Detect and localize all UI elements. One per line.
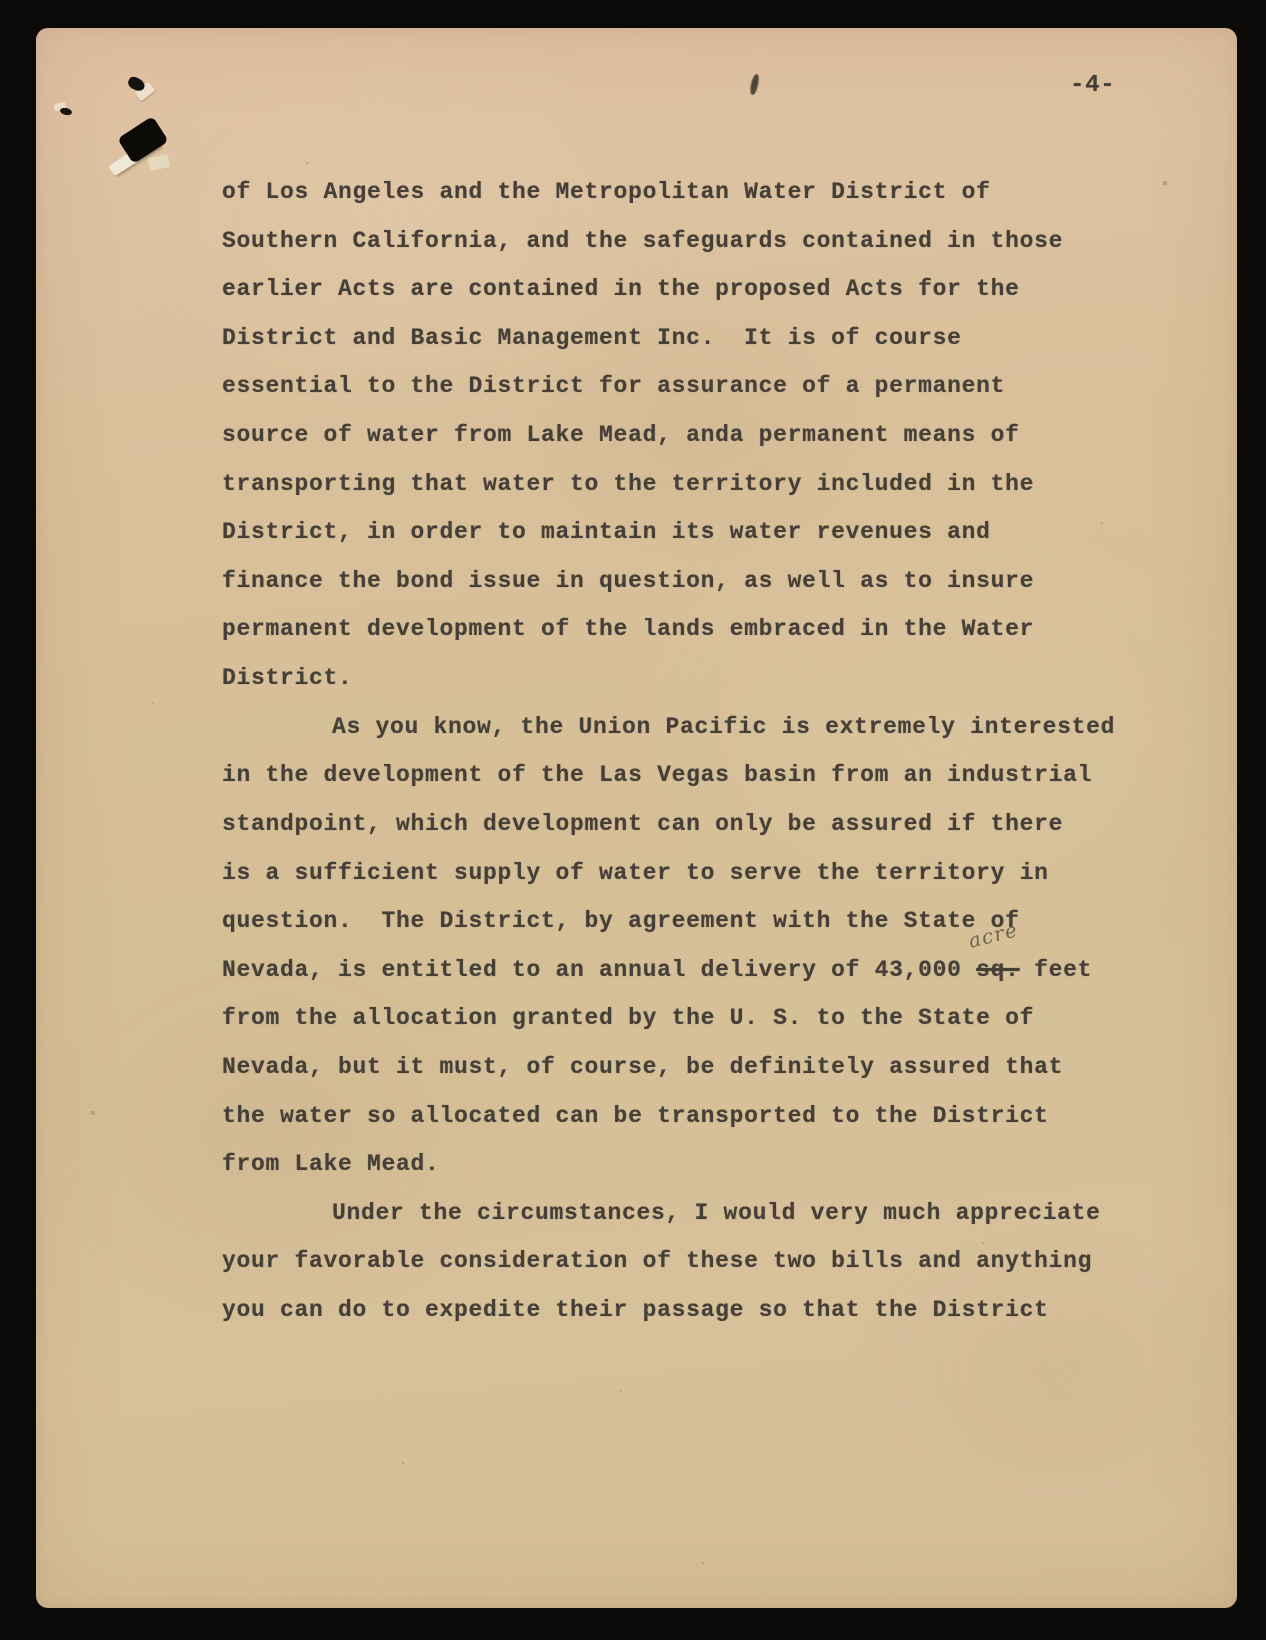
typed-line: from Lake Mead.: [222, 1140, 1142, 1189]
typed-line: District and Basic Management Inc. It is…: [222, 314, 1142, 363]
typed-line: District, in order to maintain its water…: [222, 508, 1142, 557]
typed-line: standpoint, which development can only b…: [222, 800, 1142, 849]
typed-line: earlier Acts are contained in the propos…: [222, 265, 1142, 314]
typed-line: permanent development of the lands embra…: [222, 605, 1142, 654]
paper-fiber-specks: [0, 0, 2, 2]
scanned-letter-page: -4- of Los Angeles and the Metropolitan …: [0, 0, 1266, 1640]
typed-text-segment: feet: [1020, 957, 1093, 983]
typed-line: your favorable consideration of these tw…: [222, 1237, 1142, 1286]
typed-line: the water so allocated can be transporte…: [222, 1092, 1142, 1141]
typed-line: in the development of the Las Vegas basi…: [222, 751, 1142, 800]
typed-lines: of Los Angeles and the Metropolitan Wate…: [222, 168, 1142, 1335]
typed-line: finance the bond issue in question, as w…: [222, 557, 1142, 606]
typed-line: is a sufficient supply of water to serve…: [222, 849, 1142, 898]
typed-line: from the allocation granted by the U. S.…: [222, 994, 1142, 1043]
typed-line: Nevada, but it must, of course, be defin…: [222, 1043, 1142, 1092]
typed-line: source of water from Lake Mead, anda per…: [222, 411, 1142, 460]
typed-line: you can do to expedite their passage so …: [222, 1286, 1142, 1335]
typed-line: essential to the District for assurance …: [222, 362, 1142, 411]
typed-text-segment: Nevada, is entitled to an annual deliver…: [222, 957, 976, 983]
typed-line: transporting that water to the territory…: [222, 460, 1142, 509]
typed-line: Southern California, and the safeguards …: [222, 217, 1142, 266]
page-number: -4-: [1070, 72, 1115, 99]
typed-line: Nevada, is entitled to an annual deliver…: [222, 946, 1142, 995]
struck-text: sq.: [976, 957, 1020, 983]
typed-line: District.: [222, 654, 1142, 703]
typed-line: As you know, the Union Pacific is extrem…: [222, 703, 1142, 752]
typed-line: Under the circumstances, I would very mu…: [222, 1189, 1142, 1238]
typed-line: of Los Angeles and the Metropolitan Wate…: [222, 168, 1142, 217]
